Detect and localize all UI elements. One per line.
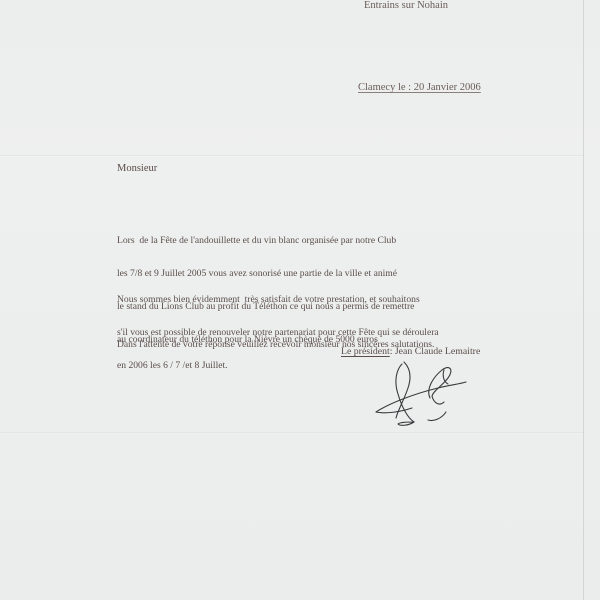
paper-edge bbox=[583, 0, 584, 600]
sender-town: Entrains sur Nohain bbox=[364, 0, 448, 11]
signatory-label: Le président bbox=[341, 346, 390, 357]
signatory-name: : Jean Claude Lemaitre bbox=[390, 346, 481, 357]
paper-fold-line bbox=[0, 155, 583, 157]
paper-fold-line bbox=[0, 432, 583, 434]
date-line: Clamecy le : 20 Janvier 2006 bbox=[358, 82, 481, 93]
scanned-letter-page: Entrains sur Nohain Clamecy le : 20 Janv… bbox=[0, 0, 600, 600]
paragraph-line: Nous sommes bien évidemment très satisfa… bbox=[117, 294, 439, 305]
salutation: Monsieur bbox=[117, 163, 157, 174]
signatory-line: Le président: Jean Claude Lemaitre bbox=[341, 346, 480, 357]
paragraph-line: Lors de la Fête de l'andouillette et du … bbox=[117, 235, 414, 246]
handwritten-signature-icon bbox=[368, 360, 468, 430]
